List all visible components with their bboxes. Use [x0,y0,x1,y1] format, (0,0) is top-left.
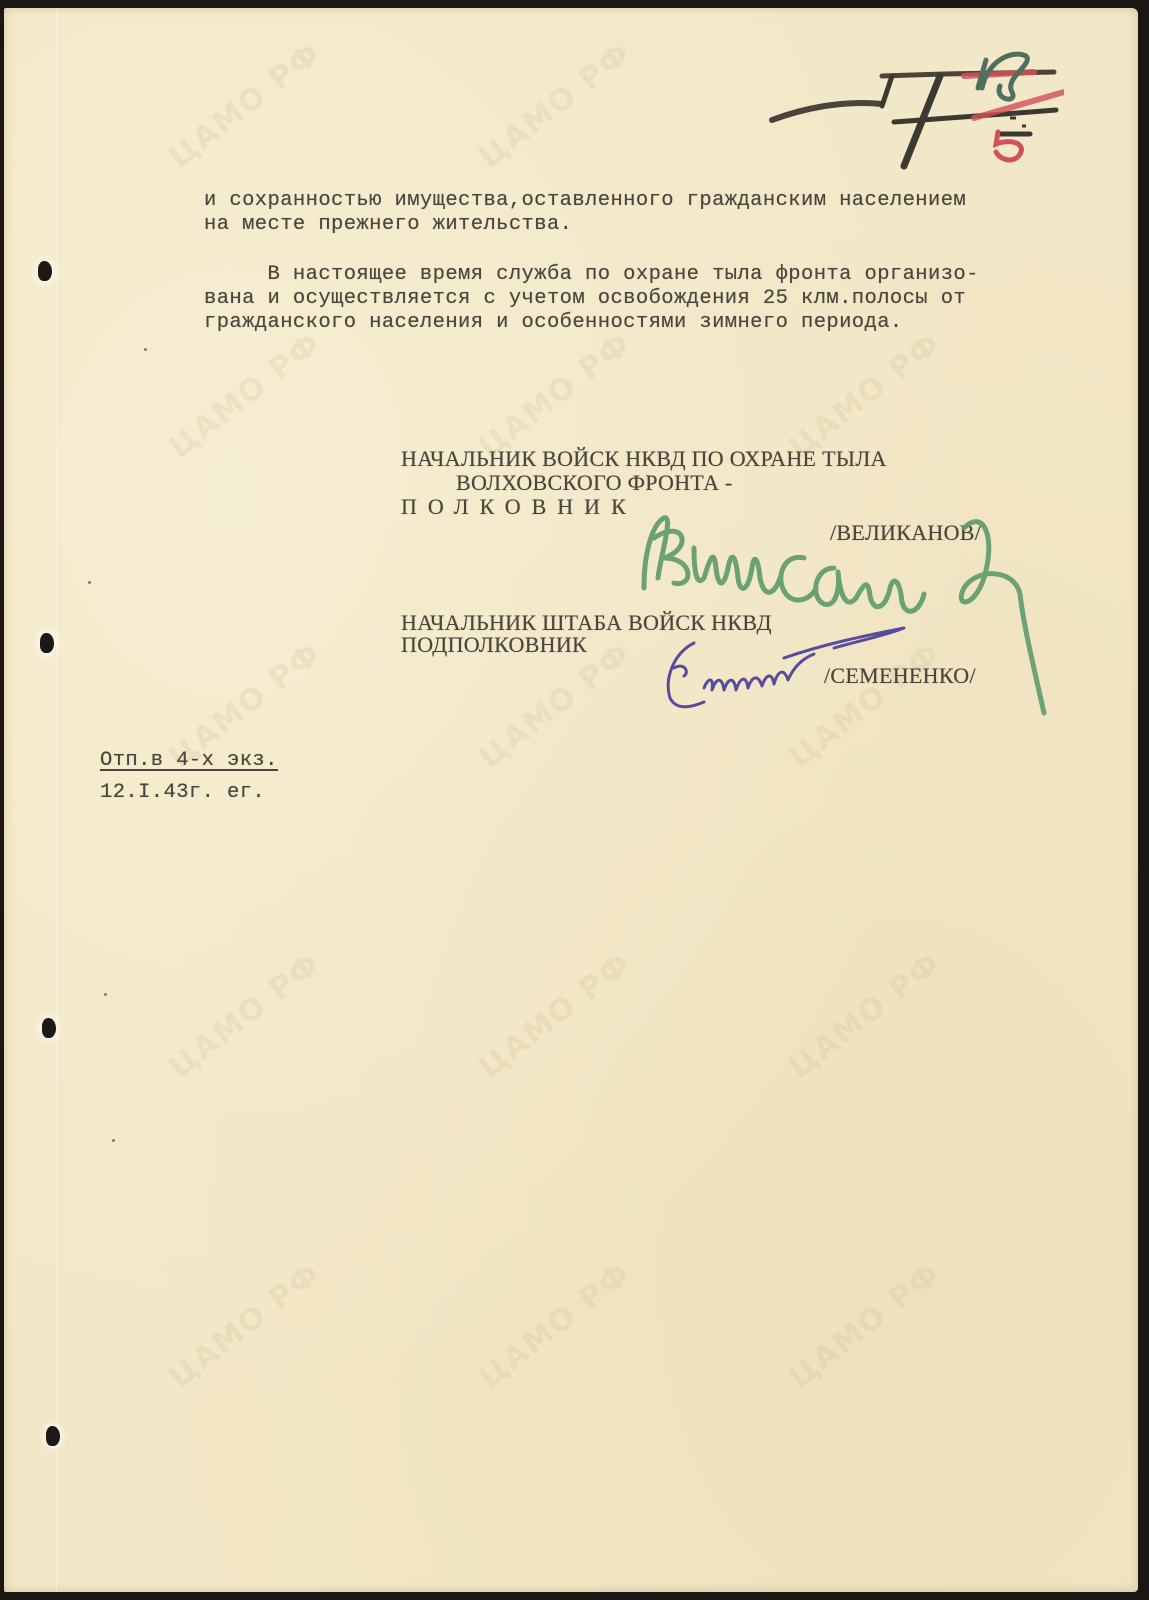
archive-watermark: ЦАМО РФ [783,946,948,1086]
fold-line [56,8,57,1592]
paper-speck [112,1139,115,1142]
signature-semenenko [654,618,934,718]
binding-hole [42,1018,56,1038]
paper-speck [88,581,91,584]
paper-speck [104,993,107,996]
copies-note: Отп.в 4-х экз. [100,748,278,773]
document-page: ЦАМО РФ ЦАМО РФ ЦАМО РФ ЦАМО РФ ЦАМО РФ … [4,8,1138,1592]
archive-watermark: ЦАМО РФ [473,1256,638,1396]
archive-watermark: ЦАМО РФ [163,1256,328,1396]
paragraph-1-line-2: на месте прежнего жительства. [204,212,572,237]
signatory-1-rank: ПОЛКОВНИК [401,494,637,519]
archive-watermark: ЦАМО РФ [783,1256,948,1396]
signatory-1-title-line-2: ВОЛХОВСКОГО ФРОНТА - [456,470,733,495]
date-note: 12.I.43г. ег. [100,780,265,805]
page-number-annotation [764,48,1064,188]
paragraph-2-line-1: В настоящее время служба по охране тыла … [204,262,979,287]
archive-watermark: ЦАМО РФ [783,326,948,466]
archive-watermark: ЦАМО РФ [473,36,638,176]
archive-watermark: ЦАМО РФ [163,326,328,466]
archive-watermark: ЦАМО РФ [163,36,328,176]
paragraph-2-line-2: вана и осуществляется с учетом освобожде… [204,286,966,311]
archive-watermark: ЦАМО РФ [163,946,328,1086]
signatory-2-rank: ПОДПОЛКОВНИК [401,632,587,657]
signatory-1-title-line-1: НАЧАЛЬНИК ВОЙСК НКВД ПО ОХРАНЕ ТЫЛА [401,446,887,471]
paper-speck [144,348,147,351]
binding-hole [38,261,52,281]
archive-watermark: ЦАМО РФ [473,326,638,466]
paragraph-1-line-1: и сохранностью имущества,оставленного гр… [204,188,966,213]
paragraph-2-line-3: гражданского населения и особенностями з… [204,310,903,335]
binding-hole [46,1426,60,1446]
binding-hole [40,633,54,653]
archive-watermark: ЦАМО РФ [473,946,638,1086]
